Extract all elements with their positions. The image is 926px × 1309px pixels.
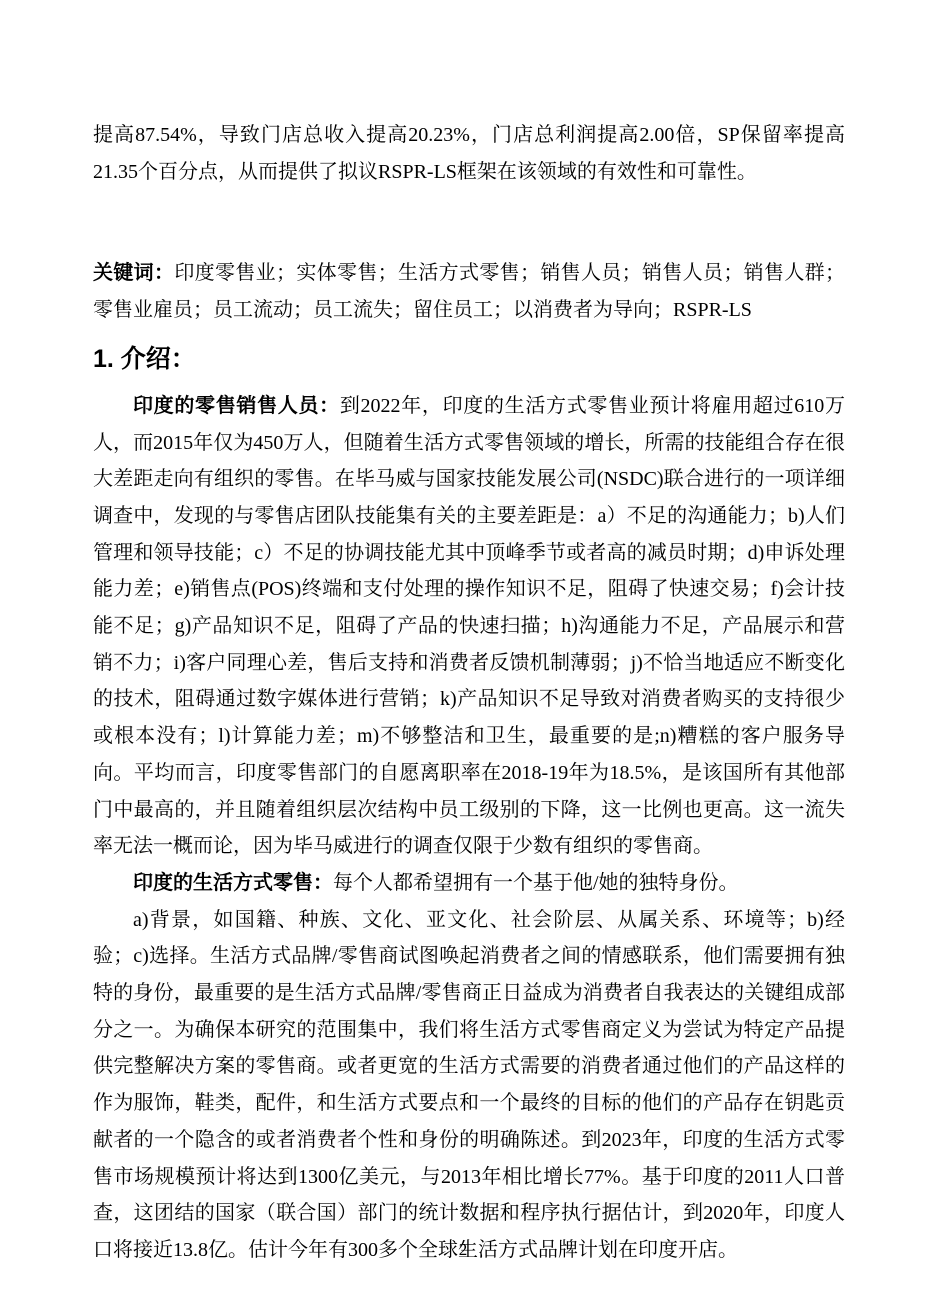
background-paragraph: a)背景，如国籍、种族、文化、亚文化、社会阶层、从属关系、环境等；b)经验；c)… bbox=[93, 902, 845, 1269]
retail-salespeople-text: 到2022年，印度的生活方式零售业预计将雇用超过610万人，而2015年仅为45… bbox=[93, 395, 845, 857]
document-page: 提高87.54%，导致门店总收入提高20.23%，门店总利润提高2.00倍，SP… bbox=[0, 0, 926, 1309]
abstract-tail-paragraph: 提高87.54%，导致门店总收入提高20.23%，门店总利润提高2.00倍，SP… bbox=[93, 117, 845, 190]
retail-salespeople-paragraph: 印度的零售销售人员：到2022年，印度的生活方式零售业预计将雇用超过610万人，… bbox=[93, 388, 845, 865]
lifestyle-retail-lead: 印度的生活方式零售： bbox=[133, 872, 333, 894]
retail-salespeople-lead: 印度的零售销售人员： bbox=[133, 395, 340, 417]
keywords-text: 印度零售业；实体零售；生活方式零售；销售人员；销售人员；销售人群；零售业雇员；员… bbox=[93, 262, 845, 321]
keywords-paragraph: 关键词：印度零售业；实体零售；生活方式零售；销售人员；销售人员；销售人群；零售业… bbox=[93, 255, 845, 328]
section-heading-introduction: 1. 介绍： bbox=[93, 341, 845, 377]
lifestyle-retail-text: 每个人都希望拥有一个基于他/她的独特身份。 bbox=[333, 872, 739, 894]
keywords-label: 关键词： bbox=[93, 262, 174, 284]
lifestyle-retail-paragraph: 印度的生活方式零售：每个人都希望拥有一个基于他/她的独特身份。 bbox=[93, 865, 845, 902]
page-number: 2 bbox=[0, 1237, 926, 1263]
